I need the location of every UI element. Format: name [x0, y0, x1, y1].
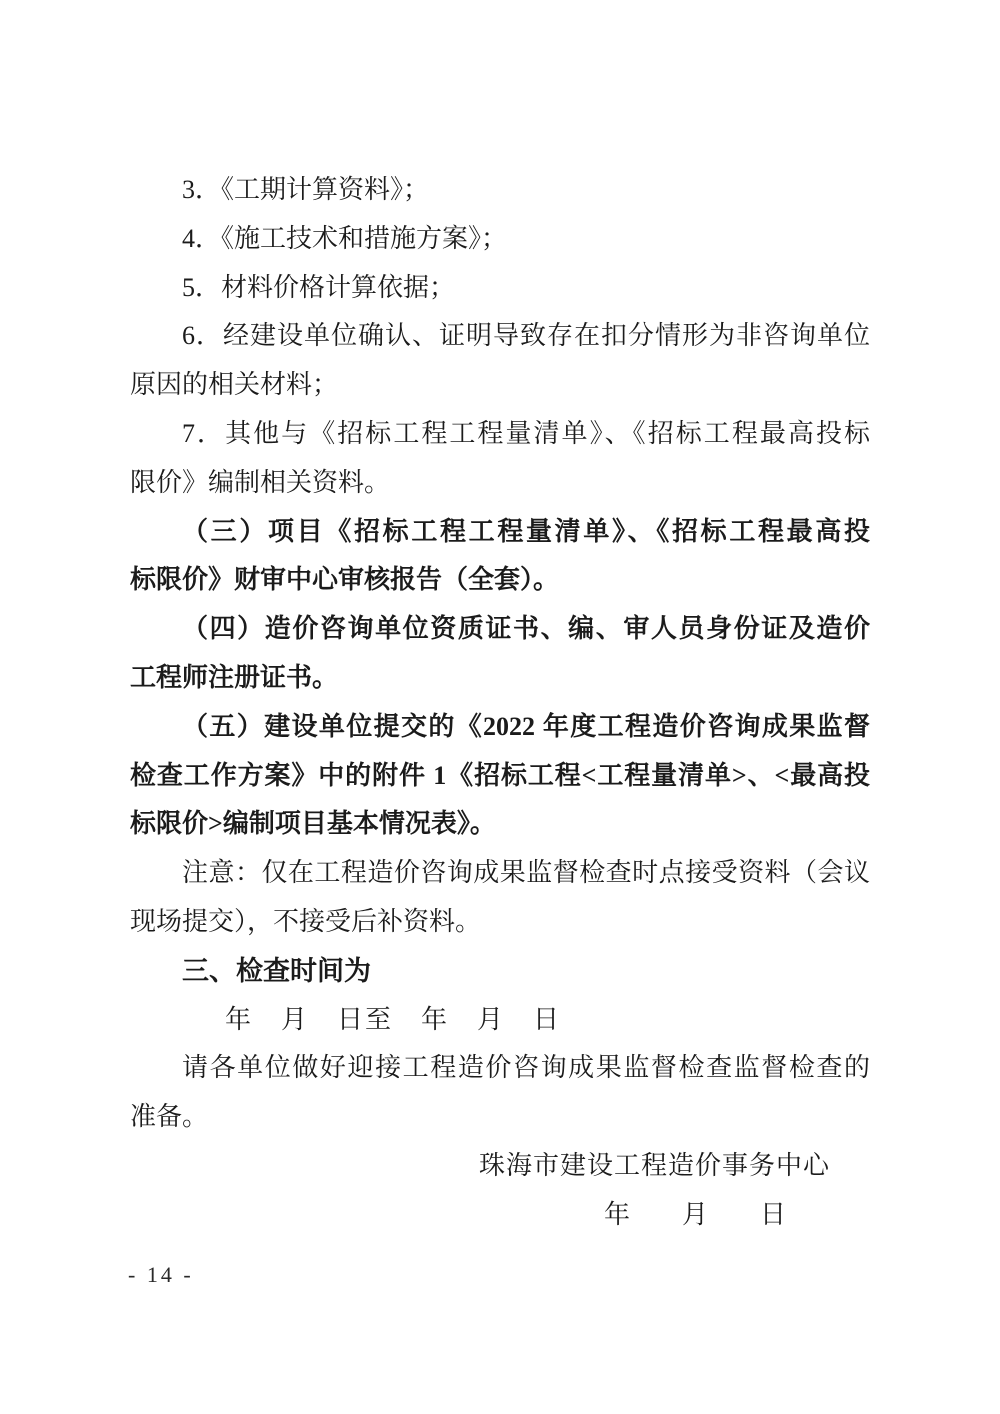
list-item-7-line2: 限价》编制相关资料。	[130, 459, 870, 508]
heading-section-5-line2: 检查工作方案》中的附件 1《招标工程<工程量清单>、<最高投	[130, 752, 870, 801]
closing-para-line1: 请各单位做好迎接工程造价咨询成果监督检查监督检查的	[130, 1044, 870, 1093]
document-body: 3．《工期计算资料》； 4．《施工技术和措施方案》； 5．材料价格计算依据； 6…	[130, 166, 870, 1240]
list-item-3: 3．《工期计算资料》；	[130, 166, 870, 215]
heading-section-4-line2: 工程师注册证书。	[130, 654, 870, 703]
list-item-7-line1: 7．其他与《招标工程工程量清单》、《招标工程最高投标	[130, 410, 870, 459]
heading-section-5-line3: 标限价>编制项目基本情况表》。	[130, 800, 870, 849]
list-item-4: 4．《施工技术和措施方案》；	[130, 215, 870, 264]
closing-para-line2: 准备。	[130, 1093, 870, 1142]
heading-section-3-line1: （三）项目《招标工程工程量清单》、《招标工程最高投	[130, 508, 870, 557]
document-page: 3．《工期计算资料》； 4．《施工技术和措施方案》； 5．材料价格计算依据； 6…	[0, 0, 1000, 1414]
list-item-5: 5．材料价格计算依据；	[130, 264, 870, 313]
signature-date-placeholder: 年 月 日	[130, 1191, 870, 1240]
page-number: - 14 -	[128, 1262, 194, 1288]
heading-section-3-line2: 标限价》财审中心审核报告（全套）。	[130, 556, 870, 605]
heading-check-time: 三、检查时间为	[130, 947, 870, 996]
note-line1: 注意：仅在工程造价咨询成果监督检查时点接受资料（会议	[130, 849, 870, 898]
list-item-6-line2: 原因的相关材料；	[130, 361, 870, 410]
note-line2: 现场提交），不接受后补资料。	[130, 898, 870, 947]
heading-section-5-line1: （五）建设单位提交的《2022 年度工程造价咨询成果监督	[130, 703, 870, 752]
signature-organization: 珠海市建设工程造价事务中心	[130, 1142, 870, 1191]
heading-section-4-line1: （四）造价咨询单位资质证书、编、审人员身份证及造价	[130, 605, 870, 654]
date-range-placeholder: 年 月 日至 年 月 日	[130, 996, 870, 1045]
list-item-6-line1: 6．经建设单位确认、证明导致存在扣分情形为非咨询单位	[130, 312, 870, 361]
